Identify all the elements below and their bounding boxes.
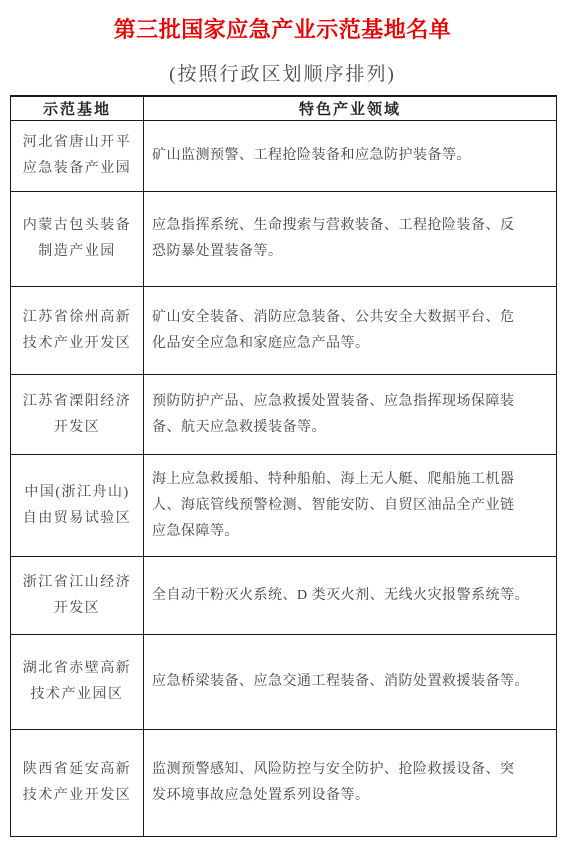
column-header-fields: 特色产业领域 (144, 96, 557, 121)
base-name-cell: 江苏省溧阳经济 开发区 (11, 375, 144, 455)
page-subtitle: (按照行政区划顺序排列) (0, 59, 565, 86)
base-name-cell: 江苏省徐州高新 技术产业开发区 (11, 287, 144, 375)
table-row: 内蒙古包头装备 制造产业园应急指挥系统、生命搜索与营救装备、工程抢险装备、反 恐… (11, 192, 557, 287)
base-name-cell: 内蒙古包头装备 制造产业园 (11, 192, 144, 287)
table-row: 浙江省江山经济 开发区全自动干粉灭火系统、D 类灭火剂、无线火灾报警系统等。 (11, 557, 557, 635)
table-row: 陕西省延安高新 技术产业开发区监测预警感知、风险防控与安全防护、抢险救援设备、突… (11, 730, 557, 837)
table-header-row: 示范基地 特色产业领域 (11, 96, 557, 121)
document-page: 第三批国家应急产业示范基地名单 (按照行政区划顺序排列) 示范基地 特色产业领域… (0, 0, 565, 844)
industry-fields-cell: 矿山安全装备、消防应急装备、公共安全大数据平台、危 化品安全应急和家庭应急产品等… (144, 287, 557, 375)
table-body: 河北省唐山开平 应急装备产业园矿山监测预警、工程抢险装备和应急防护装备等。内蒙古… (11, 121, 557, 837)
base-name-cell: 中国(浙江舟山) 自由贸易试验区 (11, 455, 144, 557)
base-name-cell: 陕西省延安高新 技术产业开发区 (11, 730, 144, 837)
industry-fields-cell: 预防防护产品、应急救援处置装备、应急指挥现场保障装 备、航天应急救援装备等。 (144, 375, 557, 455)
industry-fields-cell: 海上应急救援船、特种船舶、海上无人艇、爬船施工机器 人、海底管线预警检测、智能安… (144, 455, 557, 557)
industry-fields-cell: 矿山监测预警、工程抢险装备和应急防护装备等。 (144, 121, 557, 192)
base-name-cell: 湖北省赤壁高新 技术产业园区 (11, 635, 144, 730)
industry-fields-cell: 监测预警感知、风险防控与安全防护、抢险救援设备、突 发环境事故应急处置系列设备等… (144, 730, 557, 837)
base-name-cell: 河北省唐山开平 应急装备产业园 (11, 121, 144, 192)
table-row: 江苏省徐州高新 技术产业开发区矿山安全装备、消防应急装备、公共安全大数据平台、危… (11, 287, 557, 375)
table-row: 中国(浙江舟山) 自由贸易试验区海上应急救援船、特种船舶、海上无人艇、爬船施工机… (11, 455, 557, 557)
table-row: 河北省唐山开平 应急装备产业园矿山监测预警、工程抢险装备和应急防护装备等。 (11, 121, 557, 192)
table-row: 江苏省溧阳经济 开发区预防防护产品、应急救援处置装备、应急指挥现场保障装 备、航… (11, 375, 557, 455)
industry-fields-cell: 应急指挥系统、生命搜索与营救装备、工程抢险装备、反 恐防暴处置装备等。 (144, 192, 557, 287)
base-name-cell: 浙江省江山经济 开发区 (11, 557, 144, 635)
industry-fields-cell: 应急桥梁装备、应急交通工程装备、消防处置救援装备等。 (144, 635, 557, 730)
base-list-table: 示范基地 特色产业领域 河北省唐山开平 应急装备产业园矿山监测预警、工程抢险装备… (10, 95, 557, 837)
column-header-base: 示范基地 (11, 96, 144, 121)
table-row: 湖北省赤壁高新 技术产业园区应急桥梁装备、应急交通工程装备、消防处置救援装备等。 (11, 635, 557, 730)
page-title: 第三批国家应急产业示范基地名单 (0, 13, 565, 44)
industry-fields-cell: 全自动干粉灭火系统、D 类灭火剂、无线火灾报警系统等。 (144, 557, 557, 635)
